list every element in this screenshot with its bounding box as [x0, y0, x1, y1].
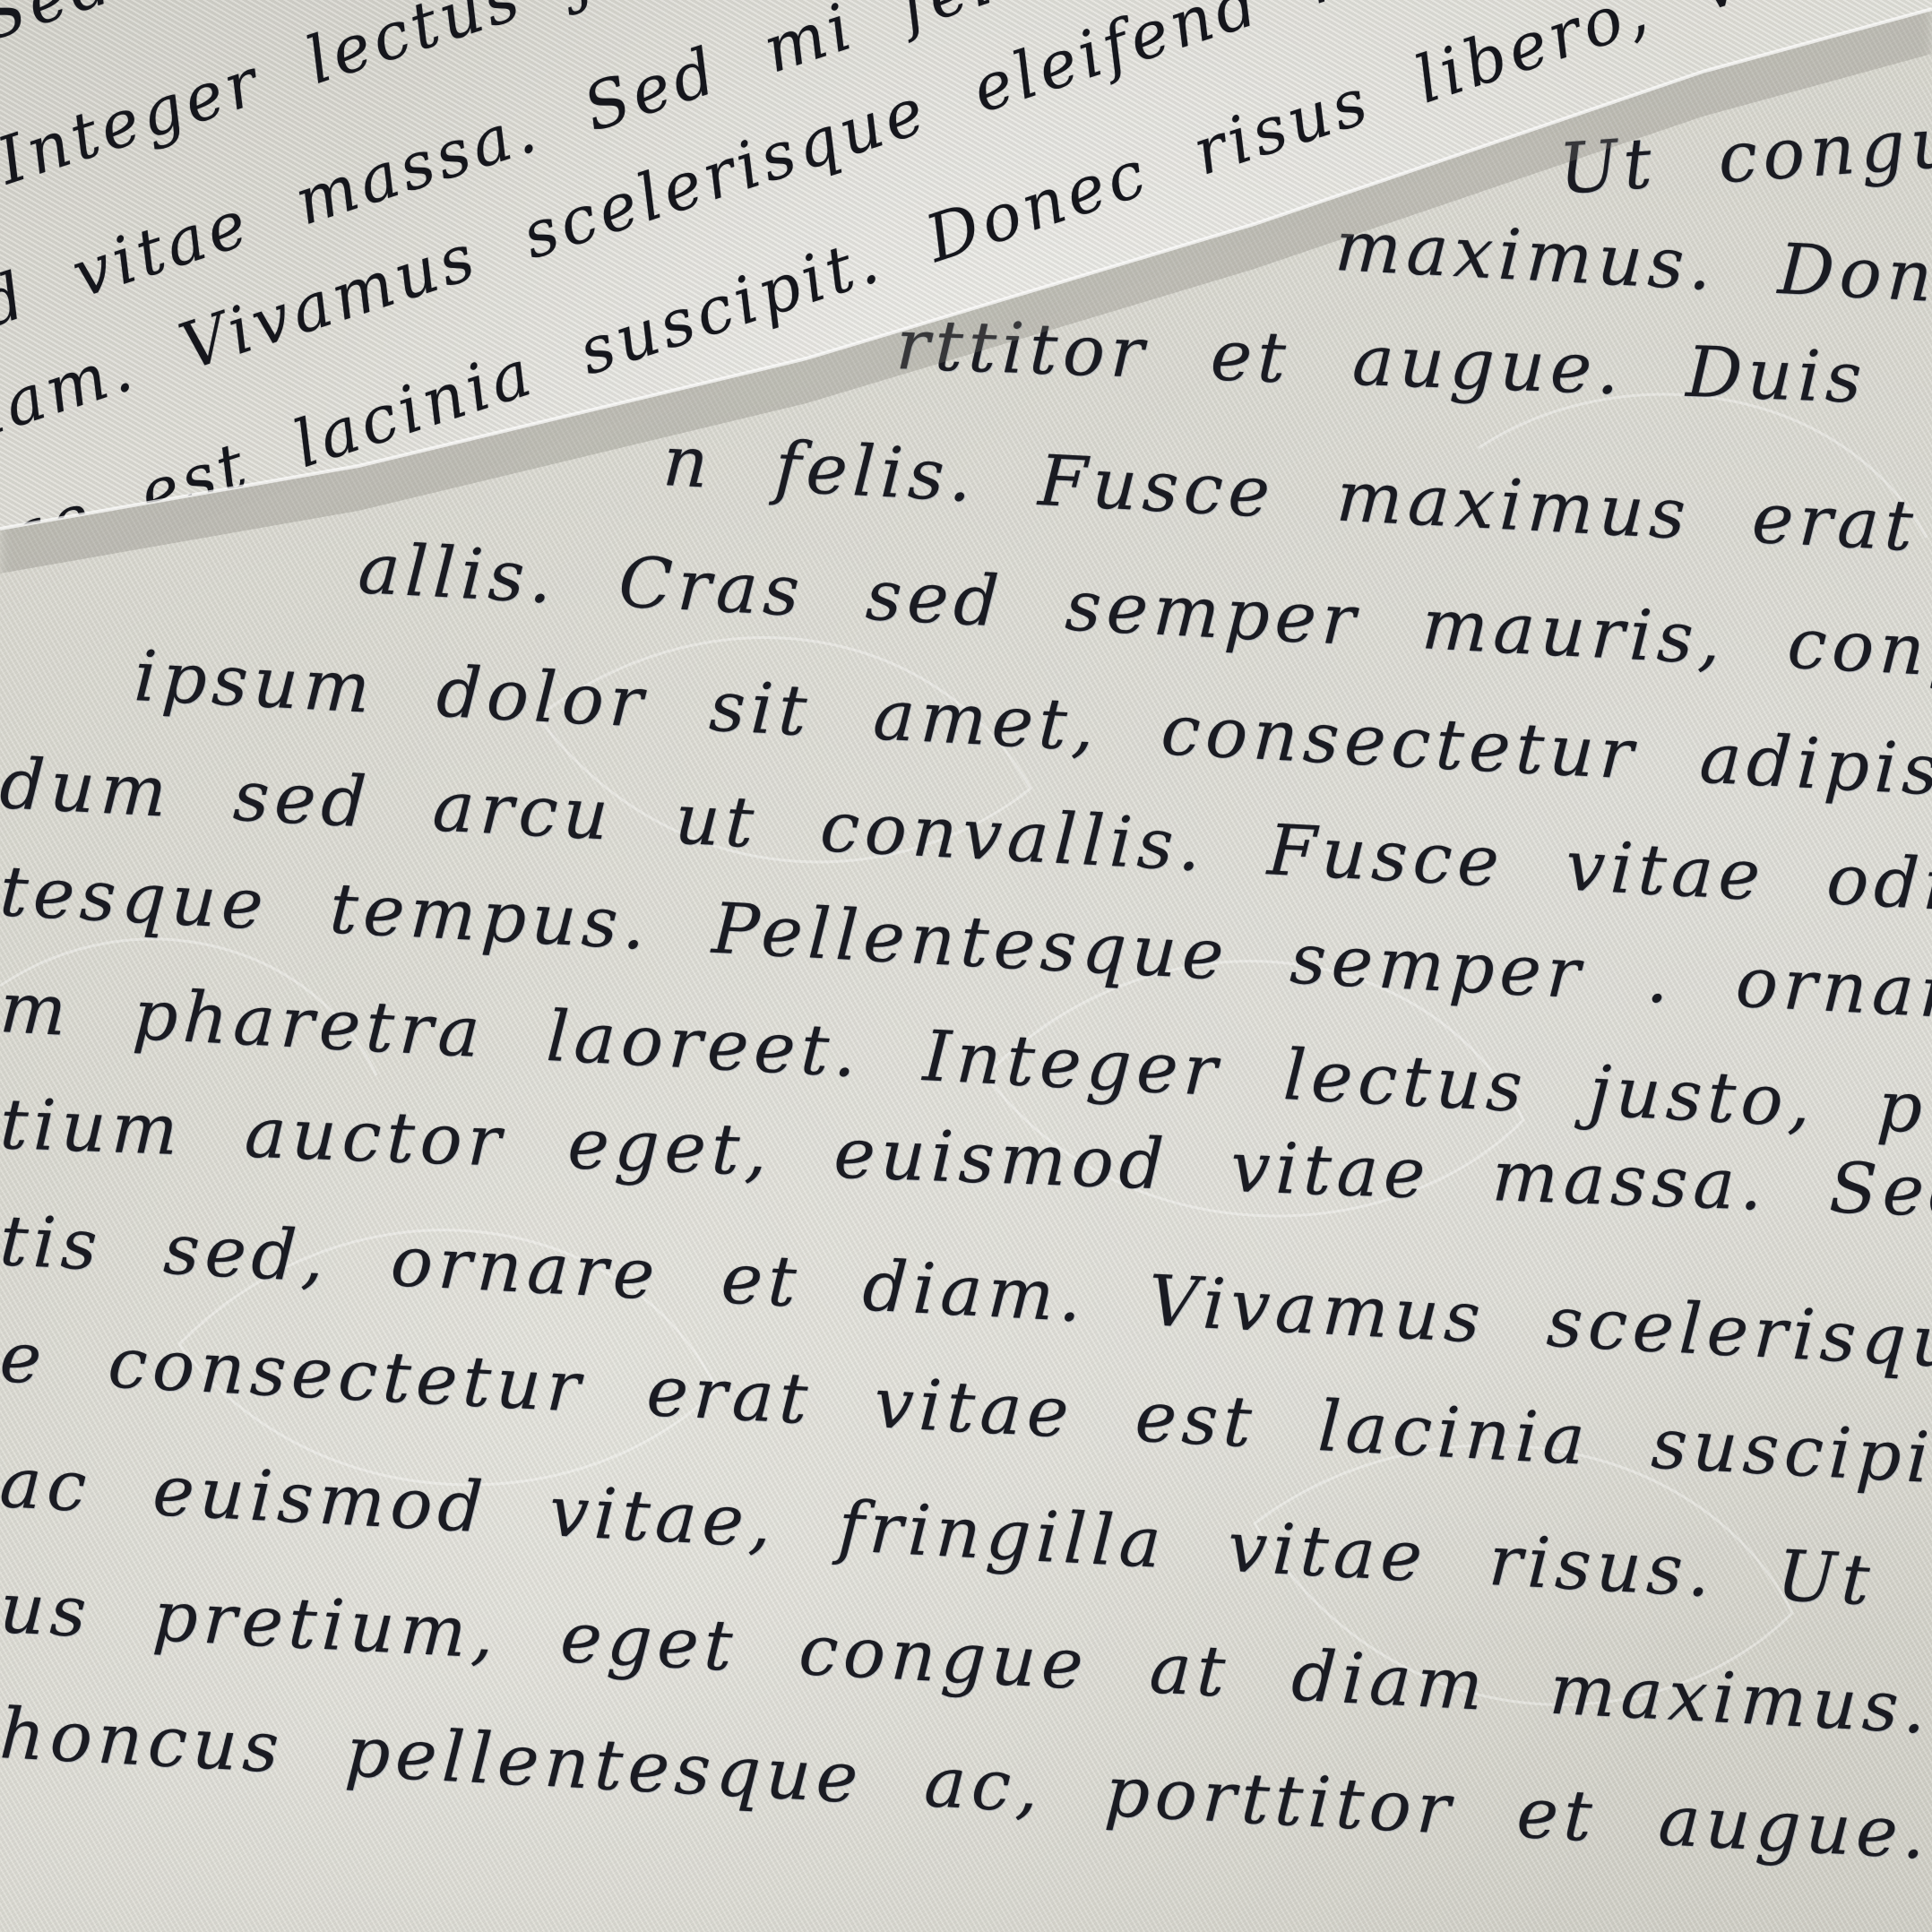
text-line: maximus. Donec — [1333, 206, 1932, 323]
fabric-photo: Ut congue maximus. Donec rttitor et augu… — [0, 0, 1932, 1932]
